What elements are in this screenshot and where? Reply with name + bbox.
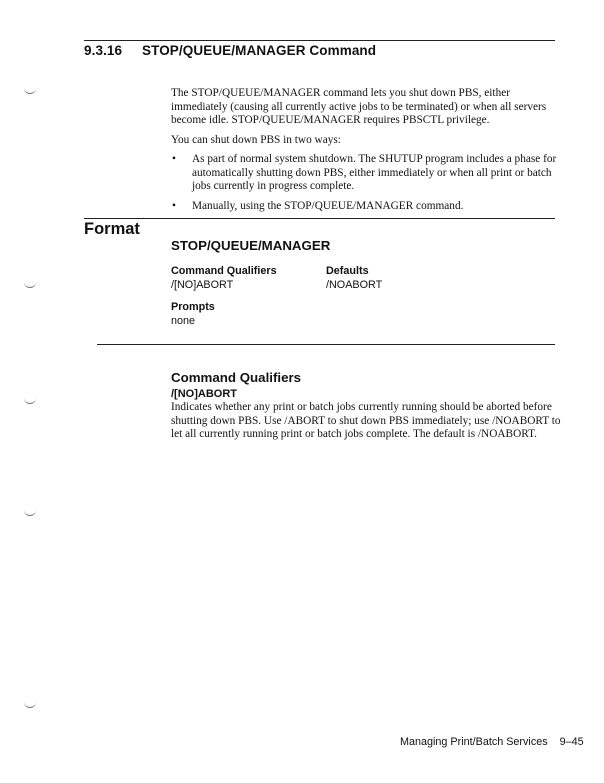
defaults-label: Defaults — [326, 265, 369, 277]
top-rule — [84, 40, 555, 41]
intro-block: The STOP/QUEUE/MANAGER command lets you … — [171, 87, 561, 219]
prompts-label: Prompts — [171, 301, 215, 313]
binder-hole-mark — [24, 88, 36, 94]
qualifier-description: Indicates whether any print or batch job… — [171, 401, 566, 442]
qualifiers-label: Command Qualifiers — [171, 265, 277, 277]
footer-title: Managing Print/Batch Services — [400, 736, 548, 748]
list-item-text: As part of normal system shutdown. The S… — [192, 153, 556, 192]
list-item-text: Manually, using the STOP/QUEUE/MANAGER c… — [192, 200, 463, 212]
prompts-value: none — [171, 315, 195, 327]
page-number: 9–45 — [560, 736, 584, 748]
binder-hole-mark — [24, 398, 36, 404]
section-heading: 9.3.16STOP/QUEUE/MANAGER Command — [84, 43, 376, 58]
bullet-icon: • — [172, 153, 176, 167]
shutdown-ways-list: • As part of normal system shutdown. The… — [171, 153, 561, 213]
binder-hole-mark — [24, 510, 36, 516]
intro-paragraph: The STOP/QUEUE/MANAGER command lets you … — [171, 87, 561, 128]
section-number: 9.3.16 — [84, 43, 142, 58]
ways-paragraph: You can shut down PBS in two ways: — [171, 134, 561, 148]
section-title: STOP/QUEUE/MANAGER Command — [142, 43, 376, 58]
list-item: • Manually, using the STOP/QUEUE/MANAGER… — [171, 200, 561, 214]
command-qualifiers-heading: Command Qualifiers — [171, 370, 301, 385]
format-label: Format — [84, 220, 140, 239]
format-command: STOP/QUEUE/MANAGER — [171, 238, 330, 253]
format-rule — [84, 218, 555, 219]
qualifiers-value: /[NO]ABORT — [171, 279, 233, 291]
binder-hole-mark — [24, 282, 36, 288]
defaults-value: /NOABORT — [326, 279, 382, 291]
list-item: • As part of normal system shutdown. The… — [171, 153, 561, 194]
qualifiers-rule — [97, 344, 555, 345]
qualifier-name: /[NO]ABORT — [171, 388, 237, 400]
bullet-icon: • — [172, 200, 176, 214]
page-footer: Managing Print/Batch Services9–45 — [400, 736, 584, 748]
binder-hole-mark — [24, 702, 36, 708]
